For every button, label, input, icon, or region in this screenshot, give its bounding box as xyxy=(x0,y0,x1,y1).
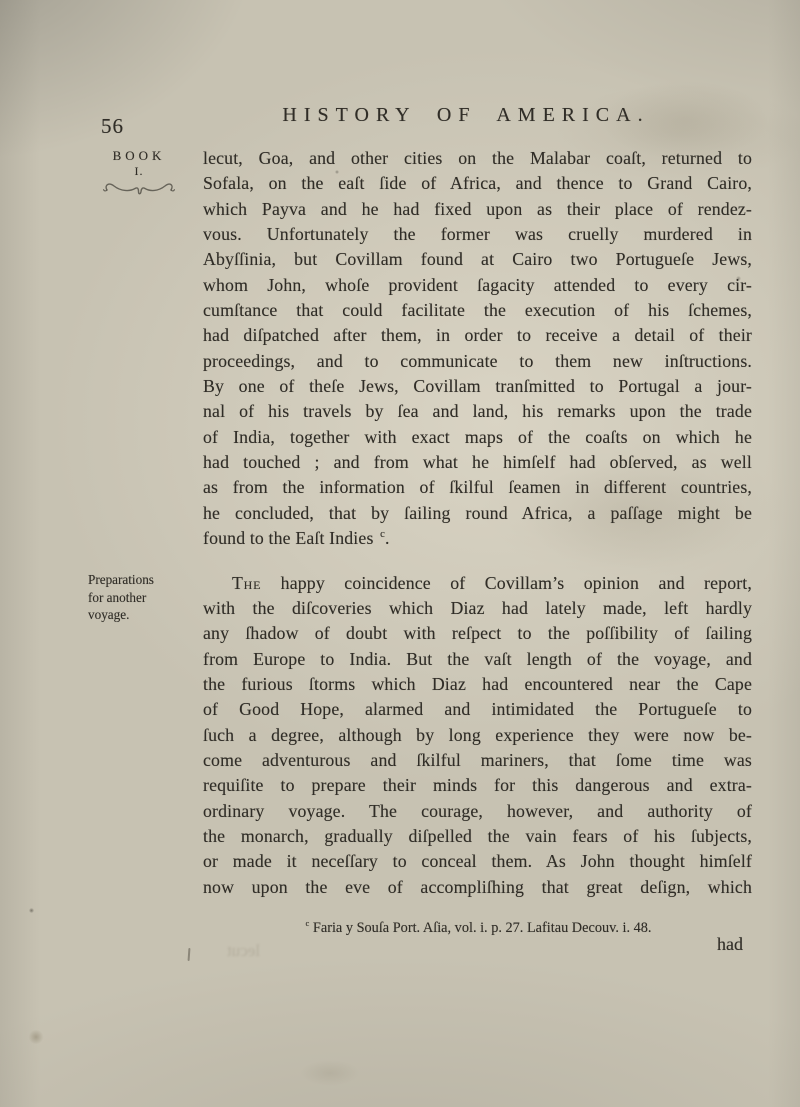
text-line: whom John, whoſe provident ſagacity atte… xyxy=(203,273,752,298)
ink-mark xyxy=(188,948,191,961)
running-header: HISTORY OF AMERICA. xyxy=(186,104,746,127)
text-line: with the diſcoveries which Diaz had late… xyxy=(203,596,752,621)
text-line: or made it neceſſary to conceal them. As… xyxy=(203,849,752,874)
text-line: Preparations xyxy=(88,571,200,589)
text-line: the monarch, gradually diſpelled the vai… xyxy=(203,824,752,849)
text-line: The happy coincidence of Covillam’s opin… xyxy=(203,571,752,596)
text-line: cumſtance that could facilitate the exec… xyxy=(203,298,752,323)
text-line: vous. Unfortunately the former was cruel… xyxy=(203,222,752,247)
page-number: 56 xyxy=(101,114,124,139)
text-line: which Payva and he had fixed upon as the… xyxy=(203,197,752,222)
catchword: had xyxy=(203,934,743,955)
text-line: requiſite to prepare their minds for thi… xyxy=(203,773,752,798)
text-line: come adventurous and ſkilful mariners, t… xyxy=(203,748,752,773)
book-chapter-label: BOOK I. xyxy=(98,148,180,198)
book-page-scan: 56 HISTORY OF AMERICA. BOOK I. lecut, Go… xyxy=(0,0,800,1107)
text-line: he concluded, that by ſailing round Afri… xyxy=(203,501,752,526)
body-text: lecut, Goa, and other cities on the Mala… xyxy=(203,146,752,900)
text-line: had diſpatched after them, in order to r… xyxy=(203,323,752,348)
section-flourish-icon xyxy=(103,180,175,198)
text-line: of India, together with exact maps of th… xyxy=(203,425,752,450)
paper-speck xyxy=(29,908,34,913)
text-line: found to the Eaſt Indies c. xyxy=(203,526,752,551)
text-line: for another xyxy=(88,589,200,607)
paragraph-1: lecut, Goa, and other cities on the Mala… xyxy=(203,146,752,552)
margin-note: Preparationsfor anothervoyage. xyxy=(88,571,200,624)
text-line: any ſhadow of doubt with reſpect to the … xyxy=(203,621,752,646)
text-line: from Europe to India. But the vaſt lengt… xyxy=(203,647,752,672)
book-number-text: I. xyxy=(98,164,180,179)
text-line: By one of theſe Jews, Covillam tranſmitt… xyxy=(203,374,752,399)
text-line: the furious ſtorms which Diaz had encoun… xyxy=(203,672,752,697)
text-line: Abyſſinia, but Covillam found at Cairo t… xyxy=(203,247,752,272)
text-line: as from the information of ſkilful ſeame… xyxy=(203,475,752,500)
text-line: voyage. xyxy=(88,606,200,624)
text-line: now upon the eve of accompliſhing that g… xyxy=(203,875,752,900)
text-line: nal of his travels by ſea and land, his … xyxy=(203,399,752,424)
text-line: ſuch a degree, although by long experien… xyxy=(203,723,752,748)
book-label-text: BOOK xyxy=(98,148,180,164)
paper-stain xyxy=(28,1030,44,1044)
paragraph-2: The happy coincidence of Covillam’s opin… xyxy=(203,571,752,900)
text-line: lecut, Goa, and other cities on the Mala… xyxy=(203,146,752,171)
text-line: ordinary voyage. The courage, however, a… xyxy=(203,799,752,824)
paper-stain xyxy=(300,1060,360,1086)
text-line: of Good Hope, alarmed and intimidated th… xyxy=(203,697,752,722)
text-line: had touched ; and from what he himſelf h… xyxy=(203,450,752,475)
text-line: proceedings, and to communicate to them … xyxy=(203,349,752,374)
text-line: Sofala, on the eaſt ſide of Africa, and … xyxy=(203,171,752,196)
